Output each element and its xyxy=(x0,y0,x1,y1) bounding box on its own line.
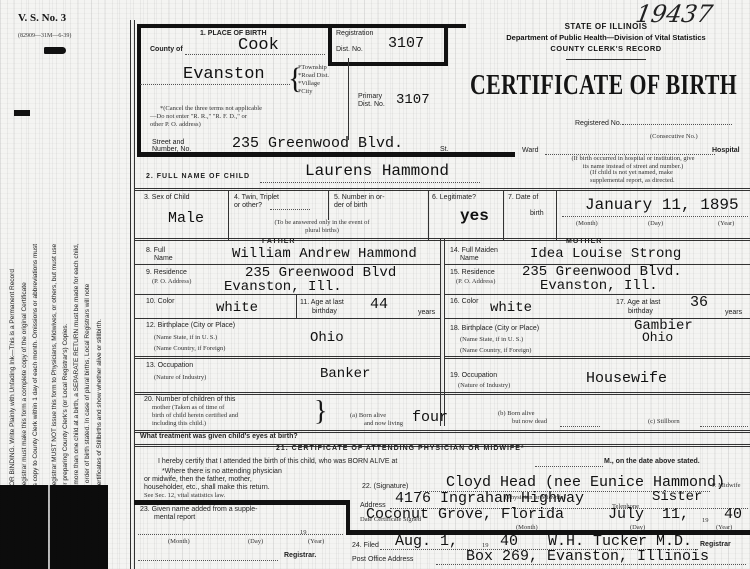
date-signed-day: 11, xyxy=(662,506,689,523)
divider xyxy=(228,190,229,240)
hospital-note-line: (If birth occurred in hospital or instit… xyxy=(518,155,748,163)
mother-occupation-label: 19. Occupation xyxy=(450,372,497,379)
cancel-note-line: *(Cancel the three terms not applicable xyxy=(150,105,262,113)
rule xyxy=(134,318,440,319)
rule xyxy=(346,500,350,534)
supplemental-registrar-label: Registrar. xyxy=(284,552,316,559)
born-alive-dead-label: (b) Born alive but now dead xyxy=(498,410,547,426)
form-id: V. S. No. 3 xyxy=(18,12,66,24)
mother-residence-label-line: (P. O. Address) xyxy=(450,277,495,286)
supplemental-year-label: (Year) xyxy=(308,538,324,545)
father-name-label-line: 8. Full xyxy=(146,247,173,255)
stillborn-label: (c) Stillborn xyxy=(648,418,680,425)
mother-years-label: years xyxy=(725,309,742,316)
born-alive-living-label: (a) Born alive and now living xyxy=(350,412,403,428)
cancel-note-line: —Do not enter "R. R.," "R. F. D.," or xyxy=(150,113,262,121)
father-name-label-line: Name xyxy=(146,255,173,263)
margin-instruction: as copy to County Clerk within 1 day of … xyxy=(33,60,40,490)
certify-text: I hereby certify that I attended the bir… xyxy=(158,458,397,465)
a-label-line: (a) Born alive xyxy=(350,412,403,420)
primary-dist-label: Primary Dist. No. xyxy=(358,93,385,109)
margin-instruction: in order of birth stated. In case of plu… xyxy=(85,150,92,490)
twin-label: 4. Twin, Triplet or other? xyxy=(234,194,279,210)
father-color-value: white xyxy=(216,300,258,316)
b-label-line: (b) Born alive xyxy=(498,410,547,418)
stillborn-value xyxy=(700,426,748,427)
father-residence-label-line: 9. Residence xyxy=(146,268,191,277)
dist-no-label: Dist. No. xyxy=(336,46,363,53)
mother-name-label-line: Name xyxy=(450,255,498,263)
margin-instruction: FOR BINDING. Write Plainly with Unfading… xyxy=(10,90,17,490)
dob-month-label: (Month) xyxy=(576,220,598,227)
pob-bottom-rule xyxy=(137,152,515,157)
plural-note: (To be answered only in the event of plu… xyxy=(232,219,412,235)
not-named-line: (If child is not yet named, make xyxy=(590,169,675,177)
registered-no-label: Registered No. xyxy=(575,120,732,127)
form-code: (82909—31M—6-39) xyxy=(18,33,71,39)
father-age-label-line: 11. Age at last xyxy=(300,298,344,307)
registration-label: Registration xyxy=(336,30,373,37)
father-occupation-value: Banker xyxy=(320,366,370,382)
father-residence-label: 9. Residence (P. O. Address) xyxy=(146,268,191,286)
father-name-label: 8. Full Name xyxy=(146,247,173,263)
child-name-value: Laurens Hammond xyxy=(305,162,449,180)
ward-label: Ward xyxy=(522,147,538,154)
page-title: CERTIFICATE OF BIRTH xyxy=(470,70,737,102)
father-state-label: (Name State, if in U. S.) xyxy=(154,334,217,341)
left-margin: V. S. No. 3 (82909—31M—6-39) FOR BINDING… xyxy=(0,0,128,569)
form-left-border xyxy=(130,20,131,569)
dob-value: January 11, 1895 xyxy=(585,196,739,214)
twin-label-line: 4. Twin, Triplet xyxy=(234,194,279,202)
no-physician-line: *Where there is no attending physician xyxy=(140,468,282,476)
rule xyxy=(134,356,440,359)
primary-label: Primary xyxy=(358,93,385,101)
filed-date: Aug. 1, xyxy=(395,533,458,550)
father-mother-divider xyxy=(444,238,445,426)
plural-note-line: (To be answered only in the event of xyxy=(232,219,412,227)
b-label-line: but now dead xyxy=(498,418,547,426)
po-address-label: Post Office Address xyxy=(352,556,413,563)
born-alive-living-value: four xyxy=(412,409,448,426)
no-physician-line: or midwife, then the father, mother, xyxy=(140,476,282,484)
registration-dist-no: 3107 xyxy=(388,35,424,52)
pointing-hand-icon xyxy=(44,47,66,54)
supplemental-label-line: mental report xyxy=(140,514,258,522)
margin-instruction: If more than one child at a birth, a SEP… xyxy=(74,150,81,490)
children-label-line: 20. Number of children of this xyxy=(144,396,314,404)
mother-color-value: white xyxy=(490,300,532,316)
rule xyxy=(444,356,750,359)
twin-value-line xyxy=(270,209,310,210)
supplemental-year-prefix: 19 xyxy=(300,529,307,536)
order-label-line: der of birth xyxy=(334,202,385,210)
type-road-dist: *Road Dist. xyxy=(298,72,329,80)
rule xyxy=(134,500,347,505)
registrar-label: Registrar xyxy=(700,541,731,548)
rule xyxy=(134,294,440,295)
dob-label-2: birth xyxy=(530,210,544,217)
consecutive-label: (Consecutive No.) xyxy=(650,133,698,140)
father-mother-divider xyxy=(440,238,441,426)
father-country-label: (Name Country, if Foreign) xyxy=(154,345,225,352)
mother-country-label: (Name Country, if Foreign) xyxy=(460,347,531,354)
supplemental-day-label: (Day) xyxy=(248,538,263,545)
date-signed-month: July xyxy=(608,506,644,523)
margin-instruction: Certificates of Stillbirths and show whe… xyxy=(97,200,104,490)
father-color-label: 10. Color xyxy=(146,298,174,305)
children-label-line: birth of child herein certified and xyxy=(144,412,314,420)
mother-age-label: 17. Age at last birthday xyxy=(616,298,660,316)
address-line2: Coconut Grove, Florida xyxy=(366,506,564,523)
no-physician-line: See Sec. 12, vital statistics law. xyxy=(140,492,282,500)
date-signed-year-prefix: 19 xyxy=(702,517,709,524)
no-physician-note: *Where there is no attending physician o… xyxy=(140,468,282,500)
header-rule xyxy=(566,59,646,60)
department-name: Department of Public Health—Division of … xyxy=(462,33,750,42)
certificate-attending-heading: 21. CERTIFICATE OF ATTENDING PHYSICIAN O… xyxy=(276,445,525,452)
legitimate-label: 6. Legitimate? xyxy=(432,194,476,201)
supplemental-label-line: 23. Given name added from a supple- xyxy=(140,506,258,514)
certificate-header: STATE OF ILLINOIS Department of Public H… xyxy=(462,22,750,60)
father-age-label-line: birthday xyxy=(300,307,344,316)
date-signed-year: 40 xyxy=(724,506,742,523)
sex-value: Male xyxy=(168,210,204,227)
street-label: Street and Number, No. xyxy=(152,139,191,153)
street-label-line: Street and xyxy=(152,139,191,146)
mother-age-label-line: birthday xyxy=(616,307,660,316)
county-label: County of xyxy=(150,46,183,53)
dob-year-label: (Year) xyxy=(718,220,734,227)
mother-age-label-line: 17. Age at last xyxy=(616,298,660,307)
no-physician-line: householder, etc., shall make this retur… xyxy=(140,484,282,492)
street-value: 235 Greenwood Blvd. xyxy=(232,135,403,152)
order-label: 5. Number in or- der of birth xyxy=(334,194,385,210)
type-village: *Village xyxy=(298,80,329,88)
mother-name-label: 14. Full Maiden Name xyxy=(450,247,498,263)
margin-instruction: for preparing County Clerk's (or Local R… xyxy=(63,150,70,490)
a-label-line: and now living xyxy=(350,420,403,428)
registered-no-text: Registered No. xyxy=(575,120,622,127)
margin-instruction: Registrar must make this form a complete… xyxy=(22,60,29,490)
cancel-note: *(Cancel the three terms not applicable … xyxy=(150,105,262,129)
father-birthplace-label: 12. Birthplace (City or Place) xyxy=(146,322,235,329)
divider xyxy=(428,190,429,240)
brace-symbol: } xyxy=(314,398,327,426)
children-label-line: including this child.) xyxy=(144,420,314,428)
date-signed-day-label: (Day) xyxy=(630,524,645,531)
mother-industry-label: (Nature of Industry) xyxy=(458,382,510,389)
mother-residence-line2: Evanston, Ill. xyxy=(540,278,658,294)
father-industry-label: (Nature of Industry) xyxy=(154,374,206,381)
primary-dist-no: 3107 xyxy=(396,92,430,108)
po-address-value: Box 269, Evanston, Illinois xyxy=(466,548,709,565)
not-named-line: supplemental report, as directed. xyxy=(590,177,675,185)
mother-occupation-value: Housewife xyxy=(586,370,667,387)
supplemental-month-label: (Month) xyxy=(168,538,190,545)
county-value: Cook xyxy=(238,36,279,55)
mother-state-label: (Name State, if in U. S.) xyxy=(460,336,523,343)
order-label-line: 5. Number in or- xyxy=(334,194,385,202)
state-name: STATE OF ILLINOIS xyxy=(462,22,750,31)
dob-day-label: (Day) xyxy=(648,220,663,227)
date-signed-month-label: (Month) xyxy=(516,524,538,531)
primary-dist-no-label: Dist. No. xyxy=(358,101,385,109)
margin-instruction: Registrar MUST NOT issue this form to Ph… xyxy=(52,60,59,490)
not-named-note: (If child is not yet named, make supplem… xyxy=(590,169,675,185)
father-age-value: 44 xyxy=(370,296,388,313)
born-alive-dead-value xyxy=(560,426,600,427)
mother-residence-label: 15. Residence (P. O. Address) xyxy=(450,268,495,286)
supplemental-label: 23. Given name added from a supple- ment… xyxy=(140,506,258,522)
certify-tail: M., on the date above stated. xyxy=(604,458,700,465)
rule xyxy=(134,392,750,395)
sex-label: 3. Sex of Child xyxy=(144,194,190,201)
signature-role-suffix: P. Midwife xyxy=(712,482,750,489)
address-line1: 4176 Ingraham Highway xyxy=(395,490,584,507)
father-age-label: 11. Age at last birthday xyxy=(300,298,344,316)
children-count-label: 20. Number of children of this mother (T… xyxy=(144,396,314,428)
rule xyxy=(134,188,750,191)
dob-label: 7. Date of xyxy=(508,194,538,201)
children-label-line: mother (Taken as of time of xyxy=(144,404,314,412)
rule xyxy=(444,318,750,319)
hospital-label: Hospital xyxy=(712,147,740,154)
eyes-treatment-label: What treatment was given child's eyes at… xyxy=(140,433,298,440)
rule xyxy=(134,238,750,241)
father-years-label: years xyxy=(418,309,435,316)
mother-heading: MOTHER xyxy=(566,238,602,245)
father-name-value: William Andrew Hammond xyxy=(232,246,417,262)
plural-note-line: plural births) xyxy=(232,227,412,235)
mother-name-value: Idea Louise Strong xyxy=(530,246,681,262)
record-type: COUNTY CLERK'S RECORD xyxy=(462,44,750,53)
full-name-label: 2. FULL NAME OF CHILD xyxy=(146,173,250,180)
date-signed-year-label: (Year) xyxy=(716,524,732,531)
municipality-types: *Township *Road Dist. *Village *City xyxy=(298,64,329,96)
father-heading: FATHER xyxy=(262,238,295,245)
divider xyxy=(348,58,349,140)
mother-age-value: 36 xyxy=(690,294,708,311)
divider xyxy=(503,190,504,240)
municipality-value: Evanston xyxy=(183,65,265,84)
father-birthplace-state: Ohio xyxy=(310,330,344,346)
father-residence-label-line: (P. O. Address) xyxy=(146,277,191,286)
filed-label: 24. Filed xyxy=(352,542,379,549)
cancel-note-line: other P. O. address) xyxy=(150,121,262,129)
mother-name-label-line: 14. Full Maiden xyxy=(450,247,498,255)
type-township: *Township xyxy=(298,64,329,72)
pob-left-border xyxy=(137,24,141,155)
mother-birthplace-label: 18. Birthplace (City or Place) xyxy=(450,325,539,332)
father-residence-line2: Evanston, Ill. xyxy=(224,279,342,295)
legitimate-value: yes xyxy=(460,207,489,225)
relation-value: Sister xyxy=(652,489,702,505)
father-occupation-label: 13. Occupation xyxy=(146,362,193,369)
mother-birthplace-state: Ohio xyxy=(642,330,673,345)
divider xyxy=(556,190,557,240)
signature-label: 22. (Signature) xyxy=(362,483,408,490)
divider xyxy=(296,294,297,318)
divider xyxy=(328,190,329,220)
binding-shadow xyxy=(0,485,108,569)
mother-residence-label-line: 15. Residence xyxy=(450,268,495,277)
mother-color-label: 16. Color xyxy=(450,298,478,305)
type-city: *City xyxy=(298,88,329,96)
